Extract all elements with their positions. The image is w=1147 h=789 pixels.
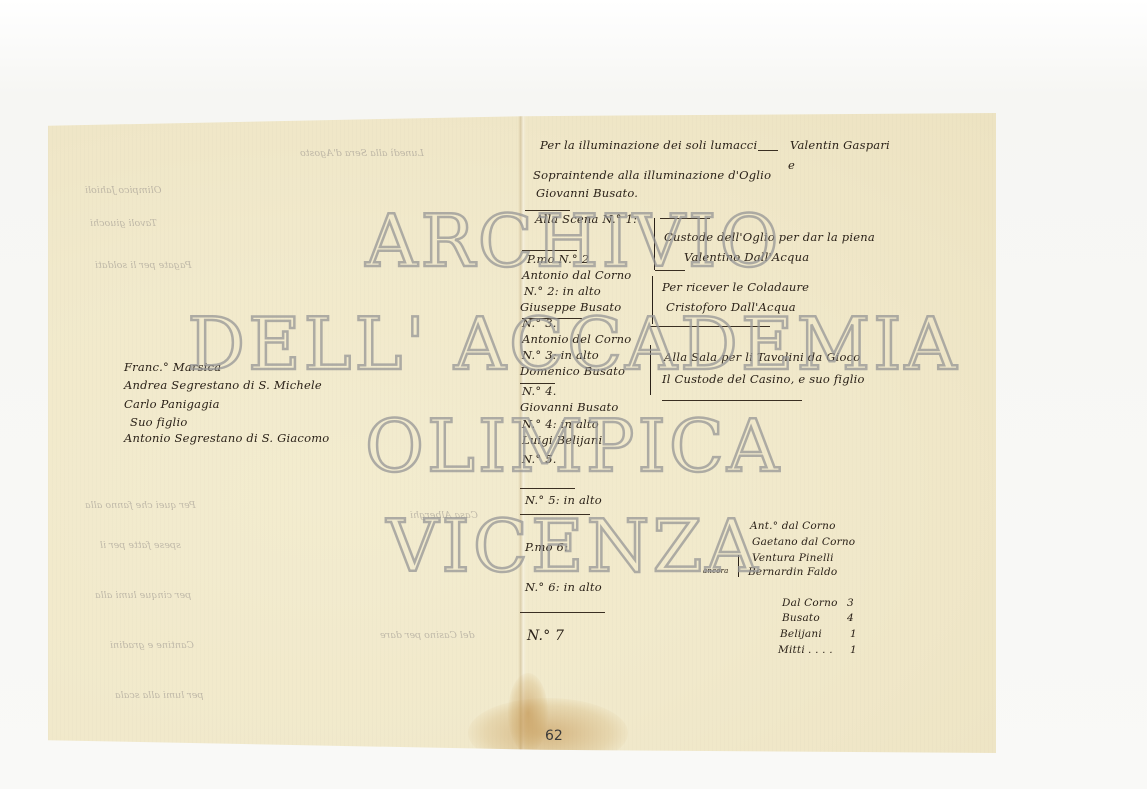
tally-name: Dal Corno	[782, 597, 838, 609]
page-number: 62	[545, 728, 563, 744]
rule	[662, 400, 802, 401]
tally-count: 3	[847, 597, 854, 609]
header-line-1: Per la illuminazione dei soli lumacci	[540, 138, 757, 152]
tally-count: 4	[847, 612, 854, 624]
tally-count: 1	[850, 644, 857, 656]
tally-name: Belijani	[780, 628, 822, 640]
header-name-1: Valentin Gaspari	[790, 138, 890, 152]
entry: N.° 7	[527, 628, 564, 644]
entry: N.° 2: in alto	[524, 284, 601, 298]
watermark-line: VICENZA	[0, 510, 1147, 582]
header-suffix: e	[788, 158, 795, 172]
rule	[520, 488, 575, 489]
header-line-2: Sopraintende alla illuminazione d'Oglio	[533, 168, 771, 182]
tally-name: Busato	[782, 612, 820, 624]
name-line: Carlo Panigagia	[124, 397, 220, 411]
tally-name: Mitti	[778, 644, 805, 656]
watermark-line: OLIMPICA	[0, 410, 1147, 482]
tally-count: 1	[850, 628, 857, 640]
header-line-3: Giovanni Busato.	[536, 186, 638, 200]
entry: N.° 4.	[522, 384, 557, 398]
watermark-line: DELL' ACCADEMIA	[0, 308, 1147, 380]
water-stain	[508, 673, 548, 753]
dash	[758, 150, 778, 151]
tally-dots: . . . .	[808, 644, 833, 656]
rule	[520, 612, 605, 613]
watermark-line: ARCHIVIO	[0, 205, 1147, 277]
